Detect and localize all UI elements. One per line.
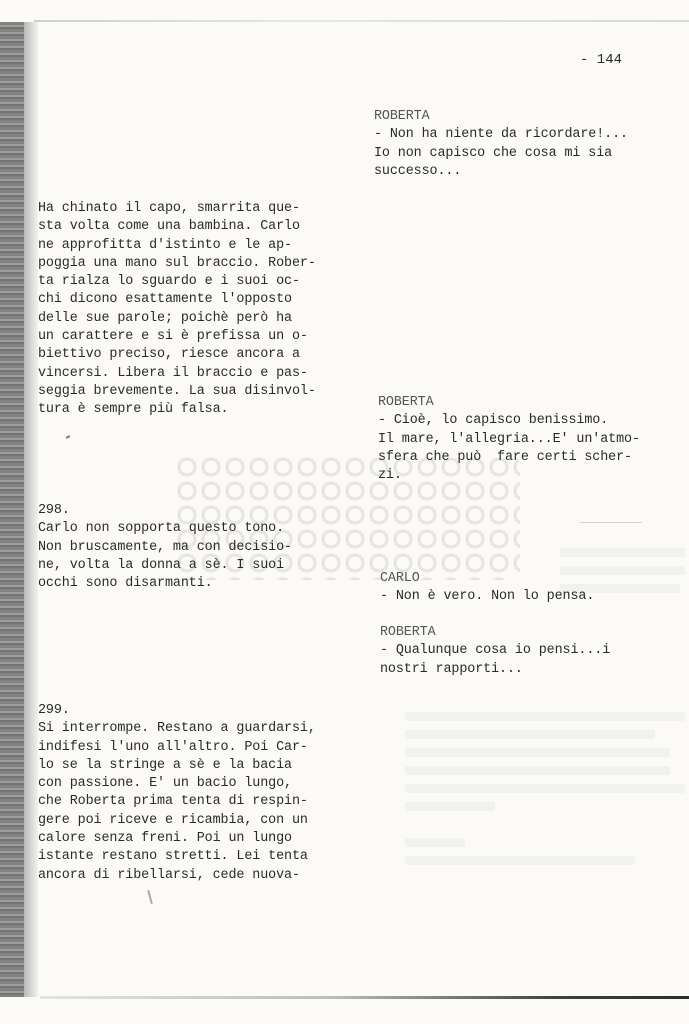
text-line: 298. [38,502,292,520]
bleed-through-line [405,766,670,775]
text-line: gere poi riceve e ricambia, con un [38,812,316,830]
binding-fade [24,22,38,997]
stray-mark [580,522,642,523]
dialogue-roberta-2: ROBERTA- Cioè, lo capisco benissimo.Il m… [378,394,640,485]
text-line: Non bruscamente, ma con decisio- [38,539,292,557]
dialogue-line: - Qualunque cosa io pensi...i [380,642,610,660]
dialogue-roberta-1: ROBERTA- Non ha niente da ricordare!...I… [374,108,628,181]
dialogue-line: Il mare, l'allegria...E' un'atmo- [378,431,640,449]
stray-mark [66,435,70,439]
bleed-through-line [405,856,635,865]
page-top-edge [34,20,689,22]
text-line: ancora di ribellarsi, cede nuova- [38,867,316,885]
text-line: Ha chinato il capo, smarrita que- [38,200,316,218]
text-line: ne approfitta d'istinto e le ap- [38,237,316,255]
bleed-through-line [405,838,465,847]
bleed-through-line [405,712,685,721]
text-line: Si interrompe. Restano a guardarsi, [38,720,316,738]
text-line: seggia brevemente. La sua disinvol- [38,383,316,401]
text-line: poggia una mano sul braccio. Rober- [38,255,316,273]
bleed-through-line [405,784,685,793]
dialogue-line: - Non è vero. Non lo pensa. [380,588,594,606]
bleed-through-line [405,748,670,757]
text-line: sta volta come una bambina. Carlo [38,218,316,236]
text-line: delle sue parole; poichè però ha [38,310,316,328]
dialogue-line: zi. [378,467,640,485]
text-line: con passione. E' un bacio lungo, [38,775,316,793]
text-line: occhi sono disarmanti. [38,575,292,593]
dialogue-line: successo... [374,163,628,181]
text-line: vincersi. Libera il braccio e pas- [38,365,316,383]
page-number: - 144 [580,52,622,68]
dialogue-line: nostri rapporti... [380,661,610,679]
text-line: un carattere e si è prefissa un o- [38,328,316,346]
text-line: istante restano stretti. Lei tenta [38,848,316,866]
text-line: che Roberta prima tenta di respin- [38,793,316,811]
stage-direction: Ha chinato il capo, smarrita que-sta vol… [38,200,316,420]
scene-299: 299.Si interrompe. Restano a guardarsi,i… [38,702,316,885]
speaker-name: ROBERTA [374,108,628,126]
text-line: tura è sempre più falsa. [38,401,316,419]
dialogue-line: sfera che può fare certi scher- [378,449,640,467]
dialogue-line: - Non ha niente da ricordare!... [374,126,628,144]
text-line: indifesi l'uno all'altro. Poi Car- [38,739,316,757]
dialogue-line: - Cioè, lo capisco benissimo. [378,412,640,430]
bleed-through-line [560,548,685,557]
stray-mark [147,890,153,904]
text-line: 299. [38,702,316,720]
page-bottom-edge [40,996,689,999]
dialogue-line: Io non capisco che cosa mi sia [374,145,628,163]
bleed-through-line [405,730,655,739]
text-line: ta rialza lo sguardo e i suoi oc- [38,273,316,291]
scene-298: 298.Carlo non sopporta questo tono.Non b… [38,502,292,593]
speaker-name: CARLO [380,570,594,588]
text-line: lo se la stringe a sè e la bacia [38,757,316,775]
speaker-name: ROBERTA [378,394,640,412]
speaker-name: ROBERTA [380,624,610,642]
dialogue-roberta-3: ROBERTA- Qualunque cosa io pensi...inost… [380,624,610,679]
text-line: biettivo preciso, riesce ancora a [38,346,316,364]
text-line: Carlo non sopporta questo tono. [38,520,292,538]
text-line: ne, volta la donna a sè. I suoi [38,557,292,575]
bleed-through-line [405,802,495,811]
text-line: calore senza freni. Poi un lungo [38,830,316,848]
text-line: chi dicono esattamente l'opposto [38,291,316,309]
dialogue-carlo: CARLO- Non è vero. Non lo pensa. [380,570,594,607]
binding-shadow [0,22,24,997]
